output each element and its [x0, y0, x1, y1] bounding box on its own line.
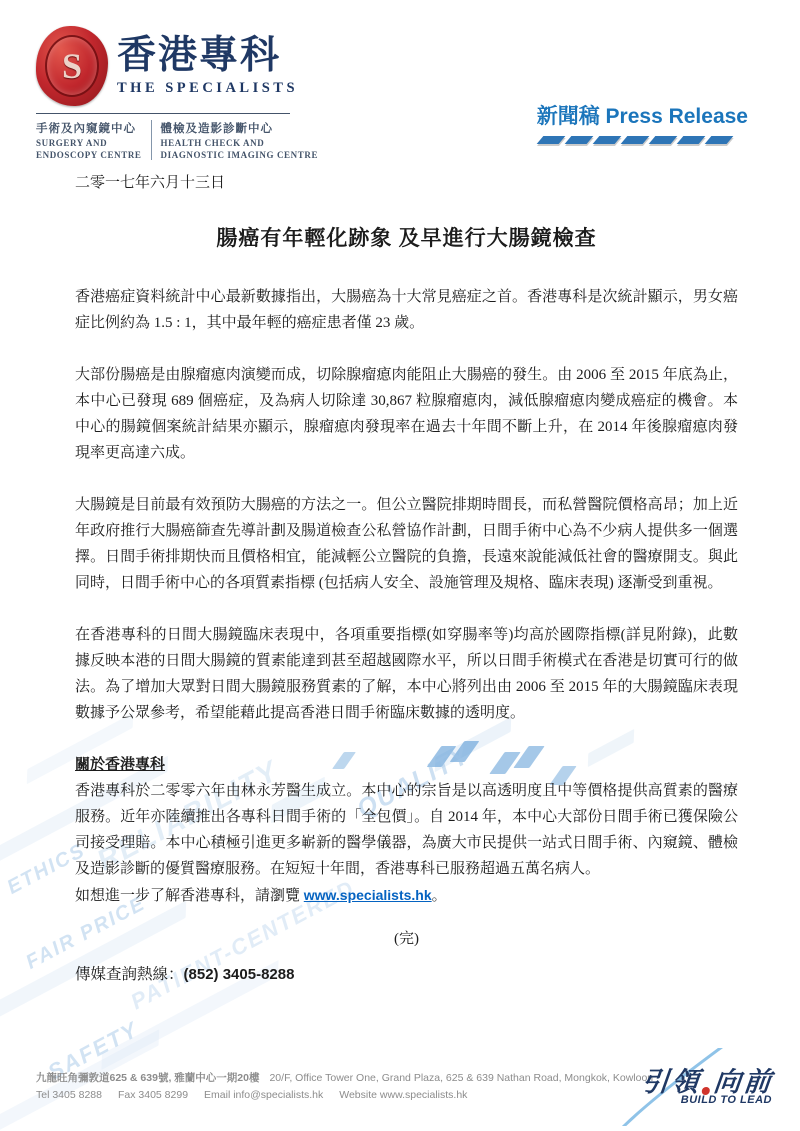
footer-website: Website www.specialists.hk	[339, 1089, 467, 1101]
logo-divider	[36, 113, 290, 114]
end-mark: (完)	[75, 927, 738, 948]
document-date: 二零一七年六月十三日	[75, 170, 738, 196]
footer-contact-block: 九龍旺角彌敦道625 & 639號, 雅蘭中心一期20樓20/F, Office…	[36, 1070, 616, 1104]
press-release-badge: 新聞稿 Press Release	[537, 100, 748, 144]
company-logo: S 香港專科 THE SPECIALISTS 手術及內窺鏡中心 SURGERY …	[36, 26, 290, 160]
footer-address-line: 九龍旺角彌敦道625 & 639號, 雅蘭中心一期20樓20/F, Office…	[36, 1070, 616, 1087]
media-hotline-label: 傳媒查詢熱線：	[75, 966, 184, 983]
centre-zh: 體檢及造影診斷中心	[161, 120, 319, 136]
about-section-body: 香港專科於二零零六年由林永芳醫生成立。本中心的宗旨是以高透明度且中等價格提供高質…	[75, 778, 738, 882]
footer-tel: Tel 3405 8288	[36, 1089, 102, 1101]
centre-zh: 手術及內窺鏡中心	[36, 120, 142, 136]
press-release-stripes	[537, 136, 748, 144]
build-to-lead-logo: 引領 向前 BUILD TO LEAD	[592, 1048, 774, 1126]
centre-en-line1: SURGERY AND	[36, 138, 142, 148]
footer-fax: Fax 3405 8299	[118, 1089, 188, 1101]
link-prefix-text: 如想進一步了解香港專科，請瀏覽	[75, 888, 304, 904]
slogan-en: BUILD TO LEAD	[681, 1094, 772, 1106]
centre-en-line1: HEALTH CHECK AND	[161, 138, 319, 148]
press-release-page: QUALITY RELIABILITY ETHICS FAIR PRICE PA…	[0, 0, 800, 1131]
company-name-en: THE SPECIALISTS	[117, 80, 298, 97]
centre-list: 手術及內窺鏡中心 SURGERY AND ENDOSCOPY CENTRE 體檢…	[36, 120, 290, 160]
media-hotline-number: (852) 3405-8288	[184, 966, 295, 983]
wax-seal-icon: S	[36, 26, 108, 106]
centre-surgery-endoscopy: 手術及內窺鏡中心 SURGERY AND ENDOSCOPY CENTRE	[36, 120, 151, 160]
media-hotline: 傳媒查詢熱線：(852) 3405-8288	[75, 962, 738, 984]
paragraph-2: 大部份腸癌是由腺瘤瘜肉演變而成，切除腺瘤瘜肉能阻止大腸癌的發生。由 2006 至…	[75, 362, 738, 466]
footer-email: Email info@specialists.hk	[204, 1089, 323, 1101]
company-name-zh: 香港專科	[117, 35, 298, 78]
paragraph-1: 香港癌症資料統計中心最新數據指出，大腸癌為十大常見癌症之首。香港專科是次統計顯示…	[75, 284, 738, 336]
document-title: 腸癌有年輕化跡象 及早進行大腸鏡檢查	[75, 222, 738, 252]
footer-address-zh: 九龍旺角彌敦道625 & 639號, 雅蘭中心一期20樓	[36, 1072, 259, 1084]
press-release-label: 新聞稿 Press Release	[537, 100, 748, 130]
link-suffix-text: 。	[432, 888, 447, 904]
about-section-heading: 關於香港專科	[75, 752, 738, 778]
centre-en-line2: ENDOSCOPY CENTRE	[36, 150, 142, 160]
paragraph-4: 在香港專科的日間大腸鏡臨床表現中，各項重要指標(如穿腸率等)均高於國際指標(詳見…	[75, 622, 738, 726]
document-body: 二零一七年六月十三日 腸癌有年輕化跡象 及早進行大腸鏡檢查 香港癌症資料統計中心…	[75, 170, 738, 984]
specialists-website-link[interactable]: www.specialists.hk	[304, 887, 432, 903]
about-link-line: 如想進一步了解香港專科，請瀏覽 www.specialists.hk。	[75, 882, 738, 909]
centre-health-check-imaging: 體檢及造影診斷中心 HEALTH CHECK AND DIAGNOSTIC IM…	[151, 120, 319, 160]
seal-letter: S	[36, 26, 108, 106]
paragraph-3: 大腸鏡是目前最有效預防大腸癌的方法之一。但公立醫院排期時間長，而私營醫院價格高昂…	[75, 492, 738, 596]
centre-en-line2: DIAGNOSTIC IMAGING CENTRE	[161, 150, 319, 160]
footer-contact-line: Tel 3405 8288Fax 3405 8299Email info@spe…	[36, 1087, 616, 1104]
